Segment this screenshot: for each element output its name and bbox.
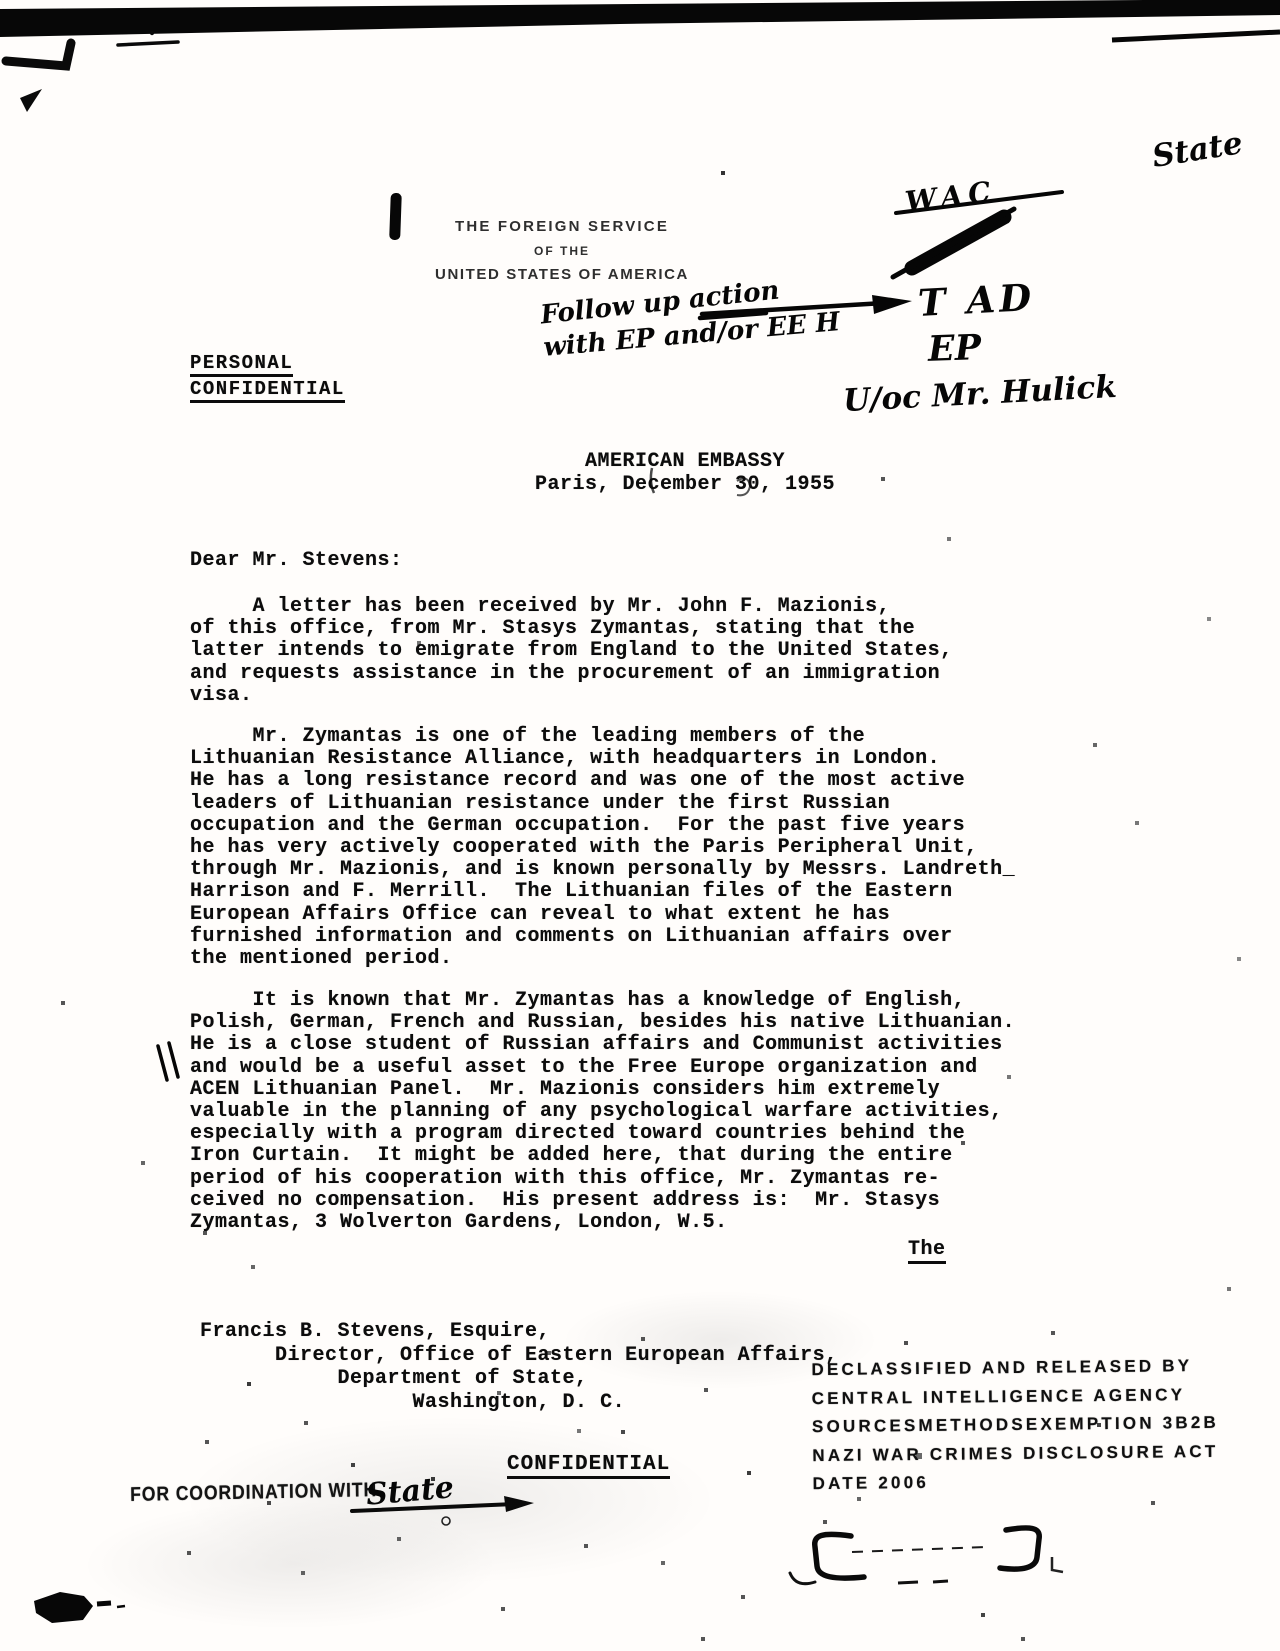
curve-mark [790,1573,815,1584]
scribble-mark [912,217,1004,268]
right-bracket-mark [1000,1528,1039,1569]
letterhead-line-1: THE FOREIGN SERVICE [412,218,712,235]
blob-dash-2 [117,1606,125,1607]
corner-bracket-artifact [6,43,71,66]
embassy-heading: AMERICAN EMBASSY Paris, December 30, 195… [520,450,850,496]
dateline: Paris, December 30, 1955 [520,473,850,496]
confidential-footer: CONFIDENTIAL [507,1453,670,1479]
ink-bar-artifact [389,193,402,240]
margin-tick-1 [158,1046,167,1080]
handwritten-routing-ep: EP [927,327,981,370]
declassification-stamp: DECLASSIFIED AND RELEASED BY CENTRAL INT… [811,1352,1219,1499]
small-dash-2 [933,1581,948,1582]
classification-personal: PERSONAL [190,352,293,377]
embassy-name: AMERICAN EMBASSY [520,450,850,473]
coordination-stamp-label: FOR COORDINATION WITH [130,1479,377,1507]
classification-block: PERSONAL CONFIDENTIAL [190,352,345,404]
paragraph-3: It is known that Mr. Zymantas has a know… [190,990,1015,1234]
letterhead-line-2: OF THE [412,244,712,258]
left-bracket-mark [815,1534,864,1578]
bracket-dash-line [852,1547,985,1552]
scanned-letter-page: State THE FOREIGN SERVICE OF THE UNITED … [0,0,1280,1651]
margin-tick-2 [169,1043,178,1077]
letterhead-line-3: UNITED STATES OF AMERICA [412,266,712,283]
scan-noise-specks [0,0,2,2]
scribble-tail [893,209,1014,277]
handwritten-routing-uoc: U/oc Mr. Hulick [842,369,1117,419]
letterhead: THE FOREIGN SERVICE OF THE UNITED STATES… [412,218,712,283]
paragraph-1: A letter has been received by Mr. John F… [190,596,953,707]
salutation: Dear Mr. Stevens: [190,549,403,572]
handwritten-routing-tad: T AD [917,275,1036,325]
continuation-word: The [908,1238,946,1264]
routing-arrow-head [872,295,912,314]
top-right-line-artifact [1112,32,1280,40]
tiny-corner-mark [1052,1557,1063,1572]
paragraph-2: Mr. Zymantas is one of the leading membe… [190,726,1015,970]
handwritten-state-corner-note: State [1150,125,1245,175]
dash-artifact [118,42,178,45]
recipient-address: Francis B. Stevens, Esquire, Director, O… [200,1320,838,1414]
classification-confidential: CONFIDENTIAL [190,378,345,403]
blob-dash-1 [97,1603,111,1604]
handwritten-wac-crossed-out: WAC [903,175,998,219]
scan-blotch-3 [80,1500,500,1630]
bottom-left-ink-blob [34,1592,93,1623]
small-dash-1 [898,1582,918,1583]
top-scan-bar [0,0,1280,37]
small-arrow-artifact [20,89,42,112]
dot-artifact [150,31,154,35]
